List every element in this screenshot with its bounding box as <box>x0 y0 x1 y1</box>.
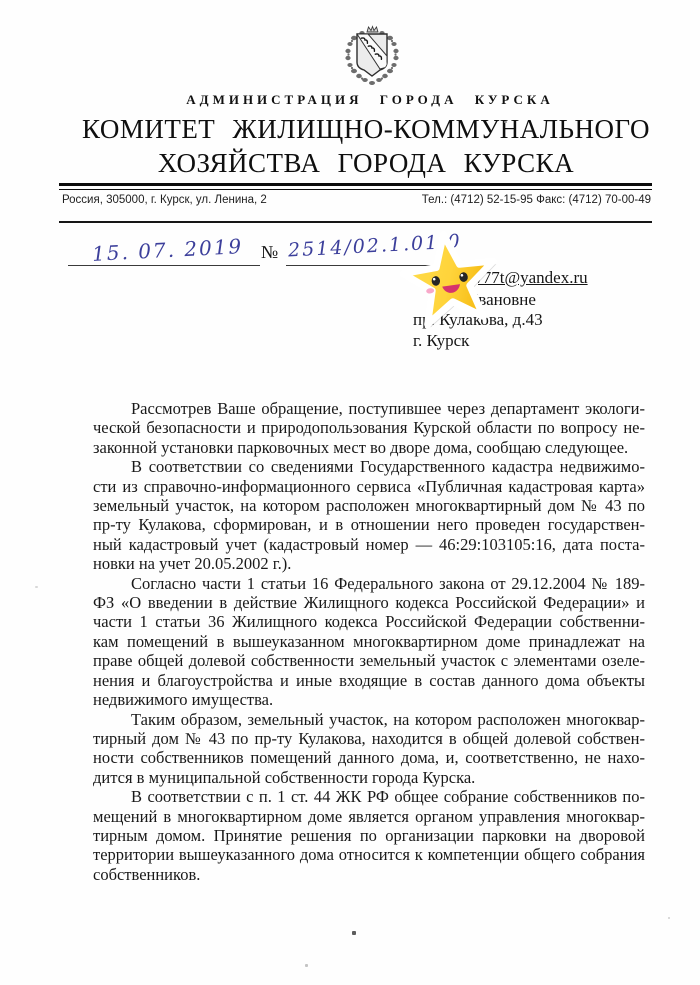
body-line: сти из справочно-информационного сервиса… <box>93 477 645 496</box>
body-line: нения и благоустройства и иные входящие … <box>93 671 645 690</box>
body-line: новки на учет 20.05.2002 г.). <box>93 554 645 573</box>
body-line: дится в муниципальной собственности горо… <box>93 768 645 787</box>
body-line: тирным домом. Принятие решения по органи… <box>93 826 645 845</box>
letterhead-address: Россия, 305000, г. Курск, ул. Ленина, 2 <box>62 194 267 206</box>
date-underline <box>68 265 260 266</box>
body-line: ческой безопасности и природопользования… <box>93 418 645 437</box>
handwritten-date: 15. 07. 2019 <box>91 234 243 266</box>
scan-speck <box>35 586 38 588</box>
body-line: Согласно части 1 статьи 16 Федерального … <box>93 574 645 593</box>
scan-speck <box>352 931 356 935</box>
body-line: ный кадастровый учет (кадастровый номер … <box>93 535 645 554</box>
letterhead-phone-fax: Тел.: (4712) 52-15-95 Факс: (4712) 70-00… <box>422 194 651 206</box>
body-line: земельный участок, на котором расположен… <box>93 496 645 515</box>
body-line: мещений в многоквартирном доме является … <box>93 807 645 826</box>
letterhead-rule-bottom <box>59 221 652 223</box>
scan-speck <box>504 121 507 123</box>
administration-heading: АДМИНИСТРАЦИЯ ГОРОДА КУРСКА <box>20 92 700 108</box>
body-line: собственников. <box>93 865 645 884</box>
committee-title: КОМИТЕТ ЖИЛИЩНО-КОММУНАЛЬНОГО ХОЗЯЙСТВА … <box>16 112 700 180</box>
body-line: пр-ту Кулакова, сформирован, и в отношен… <box>93 515 645 534</box>
body-line: законной установки парковочных мест во д… <box>93 438 645 457</box>
letterhead-info-row: Россия, 305000, г. Курск, ул. Ленина, 2 … <box>62 194 651 206</box>
committee-title-line2: ХОЗЯЙСТВА ГОРОДА КУРСКА <box>16 146 700 180</box>
body-line: кам помещений в вышеуказанном многокварт… <box>93 632 645 651</box>
body-line: тирный дом № 43 по пр-ту Кулакова, наход… <box>93 729 645 748</box>
scan-speck <box>668 917 670 919</box>
committee-title-line1: КОМИТЕТ ЖИЛИЩНО-КОММУНАЛЬНОГО <box>16 112 700 146</box>
body-line: праве общей долевой собственности земель… <box>93 651 645 670</box>
body-line: В соответствии с п. 1 ст. 44 ЖК РФ общее… <box>93 787 645 806</box>
number-sign: № <box>261 242 278 263</box>
star-face-sticker <box>391 229 509 333</box>
scanned-letter-page: АДМИНИСТРАЦИЯ ГОРОДА КУРСКА КОМИТЕТ ЖИЛИ… <box>0 0 700 985</box>
letter-body: Рассмотрев Ваше обращение, поступившее ч… <box>93 399 645 884</box>
body-line: недвижимого имущества. <box>93 690 645 709</box>
recipient-city: г. Курск <box>413 331 469 351</box>
body-line: В соответствии со сведениями Государстве… <box>93 457 645 476</box>
body-line: Таким образом, земельный участок, на кот… <box>93 710 645 729</box>
body-line: территории вышеуказанного дома относится… <box>93 845 645 864</box>
body-line: части 1 статьи 36 Жилищного кодекса Росс… <box>93 612 645 631</box>
body-line: ности собственников помещений данного до… <box>93 748 645 767</box>
scan-speck <box>305 964 308 967</box>
kursk-coat-of-arms-icon <box>341 24 403 88</box>
body-line: ФЗ «О введении в действие Жилищного коде… <box>93 593 645 612</box>
body-line: Рассмотрев Ваше обращение, поступившее ч… <box>93 399 645 418</box>
letterhead-rule-top <box>59 183 652 190</box>
